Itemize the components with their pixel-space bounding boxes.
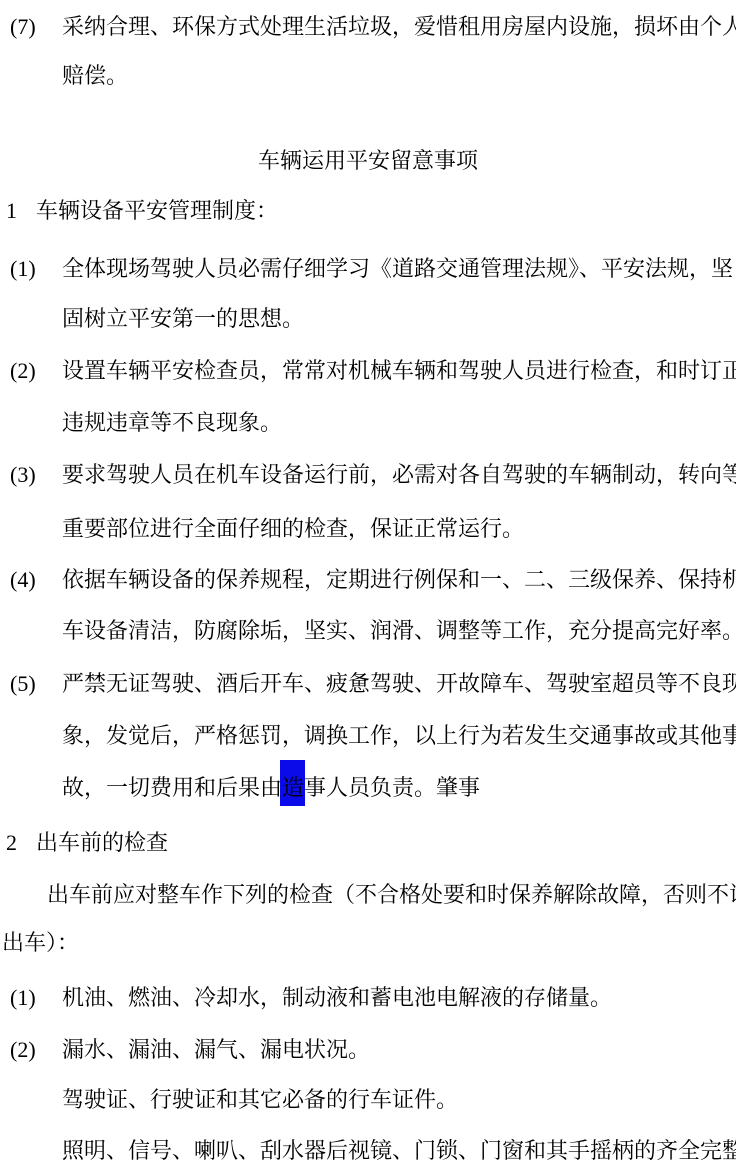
text-after-selection: 事人员负责。肇事 <box>304 775 480 800</box>
selected-character[interactable]: 造 <box>282 775 304 800</box>
list-item-text: 机油、燃油、冷却水，制动液和蓄电池电解液的存储量。 <box>62 985 612 1011</box>
list-item-text: 固树立平安第一的思想。 <box>62 306 304 332</box>
document-page: (7) 采纳合理、环保方式处理生活垃圾，爱惜租用房屋内设施，损坏由个人 赔偿。 … <box>0 0 736 1160</box>
list-item-text: 重要部位进行全面仔细的检查，保证正常运行。 <box>62 516 524 542</box>
text-before-selection: 故，一切费用和后果由 <box>62 775 282 800</box>
list-item-text: 依据车辆设备的保养规程，定期进行例保和一、二、三级保养、保持机 <box>62 567 736 593</box>
paragraph-line-2: 出车）： <box>2 930 79 956</box>
list-marker-1: (1) <box>10 256 36 282</box>
page-title: 车辆运用平安留意事项 <box>0 148 736 174</box>
list-item-text: 车设备清洁，防腐除垢，坚实、润滑、调整等工作，充分提高完好率。 <box>62 618 736 644</box>
list-item-text: 象，发觉后，严格惩罚，调换工作，以上行为若发生交通事故或其他事 <box>62 723 736 749</box>
list-item-text: 照明、信号、喇叭、刮水器后视镜、门锁、门窗和其手摇柄的齐全完整 <box>62 1138 736 1160</box>
list-marker-2: (2) <box>10 358 36 384</box>
list-marker-1: (1) <box>10 985 36 1011</box>
list-marker-7: (7) <box>10 14 36 40</box>
section-2-number: 2 <box>6 830 17 856</box>
list-item-text: 严禁无证驾驶、酒后开车、疲惫驾驶、开故障车、驾驶室超员等不良现 <box>62 671 736 697</box>
list-item-text: 全体现场驾驶人员必需仔细学习《道路交通管理法规》、平安法规，坚 <box>62 256 733 282</box>
section-1-number: 1 <box>6 198 17 224</box>
paragraph-line-1: 出车前应对整车作下列的检查（不合格处要和时保养解除故障，否则不许 <box>47 882 736 908</box>
section-1-title: 车辆设备平安管理制度： <box>36 198 278 224</box>
list-marker-3: (3) <box>10 462 36 488</box>
list-item-text: 要求驾驶人员在机车设备运行前，必需对各自驾驶的车辆制动，转向等 <box>62 462 736 488</box>
intro-item-line-1: 采纳合理、环保方式处理生活垃圾，爱惜租用房屋内设施，损坏由个人 <box>62 14 736 40</box>
list-item-text: 违规违章等不良现象。 <box>62 410 282 436</box>
list-item-text-with-selection: 故，一切费用和后果由造事人员负责。肇事 <box>62 775 480 801</box>
list-item-text: 设置车辆平安检查员，常常对机械车辆和驾驶人员进行检查，和时订正 <box>62 358 736 384</box>
list-marker-2: (2) <box>10 1037 36 1063</box>
section-2-title: 出车前的检查 <box>36 830 168 856</box>
list-marker-4: (4) <box>10 567 36 593</box>
list-marker-5: (5) <box>10 671 36 697</box>
list-item-text: 漏水、漏油、漏气、漏电状况。 <box>62 1037 370 1063</box>
intro-item-line-2: 赔偿。 <box>62 63 128 89</box>
list-item-text: 驾驶证、行驶证和其它必备的行车证件。 <box>62 1087 458 1113</box>
